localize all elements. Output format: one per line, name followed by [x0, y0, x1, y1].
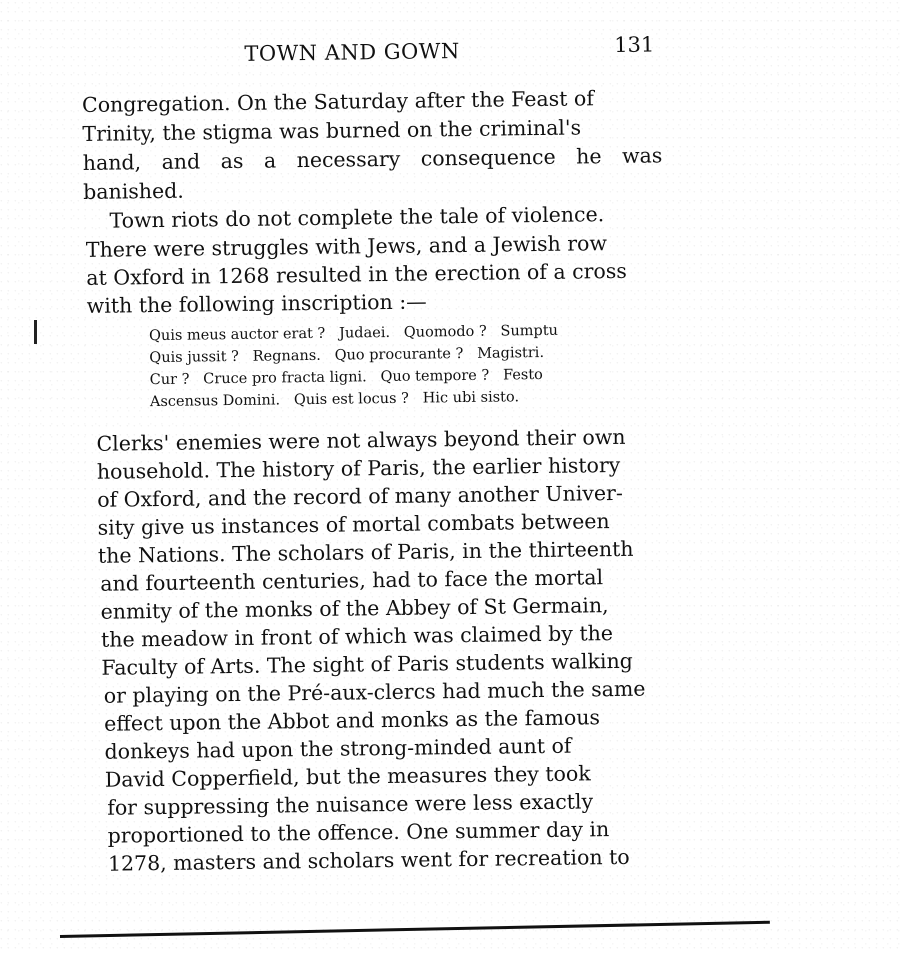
text-line: for suppressing the nuisance were less e…: [107, 788, 593, 820]
text-line: household. The history of Paris, the ear…: [97, 452, 621, 485]
text-line: hand, and as a necessary consequence he …: [83, 142, 663, 176]
text-line: at Oxford in 1268 resulted in the erecti…: [86, 258, 627, 291]
inscription-line: Ascensus Domini. Quis est locus ? Hic ub…: [150, 387, 519, 412]
text-line: David Copperfield, but the measures they…: [105, 760, 591, 792]
text-line: and fourteenth centuries, had to face th…: [100, 564, 603, 597]
inscription-line: Quis meus auctor erat ? Judaei. Quomodo …: [149, 321, 558, 346]
scanned-page: TOWN AND GOWN 131 Congregation. On the S…: [0, 0, 900, 956]
text-line: the meadow in front of which was claimed…: [101, 620, 613, 653]
margin-mark: [34, 320, 37, 344]
text-line: Clerks' enemies were not always beyond t…: [96, 424, 625, 457]
text-line: effect upon the Abbot and monks as the f…: [104, 704, 600, 736]
running-title: TOWN AND GOWN: [244, 39, 460, 66]
text-line: 1278, masters and scholars went for recr…: [108, 844, 630, 877]
text-line: proportioned to the offence. One summer …: [107, 816, 609, 849]
text-line: sity give us instances of mortal combats…: [97, 508, 609, 541]
text-line: of Oxford, and the record of many anothe…: [97, 480, 623, 513]
text-line: enmity of the monks of the Abbey of St G…: [101, 592, 609, 625]
text-line: Faculty of Arts. The sight of Paris stud…: [101, 648, 633, 681]
text-line: banished.: [83, 178, 184, 205]
text-line: Congregation. On the Saturday after the …: [82, 84, 654, 117]
inscription-line: Cur ? Cruce pro fracta ligni. Quo tempor…: [150, 365, 543, 390]
page-number: 131: [614, 32, 654, 57]
text-line: with the following inscription :—: [87, 288, 427, 318]
page-content: TOWN AND GOWN 131 Congregation. On the S…: [0, 0, 900, 956]
text-line: Trinity, the stigma was burned on the cr…: [82, 114, 581, 147]
text-line: donkeys had upon the strong-minded aunt …: [104, 733, 571, 765]
inscription-line: Quis jussit ? Regnans. Quo procurante ? …: [149, 343, 544, 368]
page-header: TOWN AND GOWN 131: [244, 36, 654, 71]
text-line: There were struggles with Jews, and a Je…: [86, 230, 607, 263]
text-line: Town riots do not complete the tale of v…: [109, 201, 604, 233]
